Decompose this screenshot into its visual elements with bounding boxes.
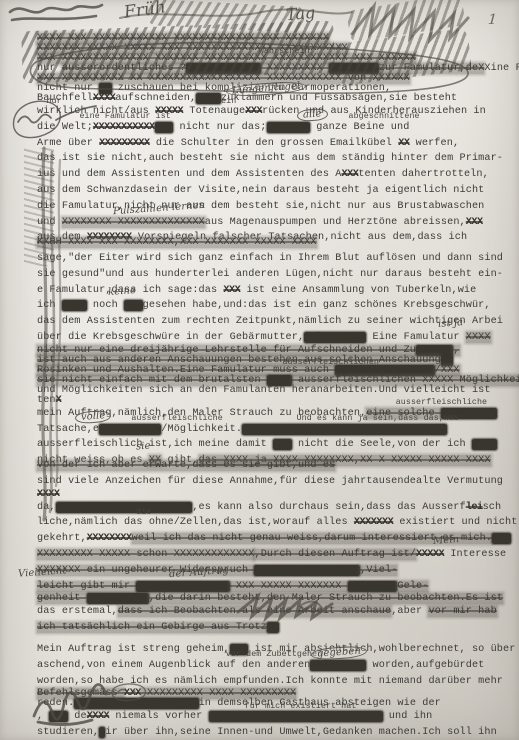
typed-segment: nicht nur das; (173, 122, 266, 133)
typescript-body: XXXX XXX XXXXXXXXXXXX XXXXXXXXXXXXX XXX … (37, 34, 509, 740)
typed-segment: ius und dem Assistenten und dem Assisten… (37, 169, 341, 180)
typed-segment: , (37, 711, 49, 722)
handwritten-scrawl-word: Früh (123, 0, 167, 23)
typescript-line: da,XXXX XXXX XXX XXXXXXXX,es kann also d… (37, 500, 509, 516)
struck-segment: XXXX (472, 439, 497, 450)
typed-segment: Totenauge (183, 106, 245, 117)
typed-segment: ist eine Ansammlung von Tuberkeln,wie (240, 285, 476, 296)
typed-segment: sind viele Anzeichen für diese Annahme,f… (37, 476, 503, 487)
struck-segment: XXX (155, 122, 174, 133)
struck-segment: XXXXXXXXXX (99, 424, 161, 435)
handwritten-scrawl-word: Tag (285, 3, 316, 24)
typed-segment: die Famulatur,nicht nur aus dem besteht … (37, 201, 484, 212)
struck-segment: XXX XXXXX XXXXXXX (230, 581, 348, 592)
interlinear-typed-insert: für mich existiert hat (245, 702, 357, 711)
pencil-hatch-top-center (147, 0, 304, 33)
typed-segment: sage,"der Eiter wird sich ganz einfach i… (37, 253, 503, 264)
struck-segment: XXXXX XXXXXXXXXXXXXX (74, 698, 198, 709)
typescript-line: ich tatsächlich ein Gebirge aus TrotzXX (37, 620, 509, 636)
struck-segment: KXHH XXXX XXX XXXXXXXX,XXX XXXXXXX XXXXX… (37, 237, 317, 248)
struck-segment: XXXXXXXXXXXXXXX (136, 581, 229, 592)
struck-segment: XXX (492, 533, 511, 544)
interlinear-typed-insert: vor dem Zubettgehen (226, 650, 323, 659)
typed-segment: und Möglichkeiten sich an den Famulanten… (37, 385, 491, 396)
interlinear-typed-insert: wahrschein (259, 47, 310, 56)
typed-segment: nicht die Seele,von der ich (292, 439, 472, 450)
typed-segment: das dem Assistenten zum rechten Zeitpunk… (37, 316, 503, 327)
typed-segment: gesehen habe,und:das ist ein ganz schöne… (143, 300, 491, 311)
typescript-line: XXXXXXXXX XXXXX schon XXXXXXXXXXXXX,Durc… (37, 547, 509, 563)
struck-segment: XXXXXXXXXXX (93, 122, 155, 133)
typed-segment: und ihn (383, 711, 433, 722)
typed-segment: sie gesund"und aus hunderterlei anderen … (37, 269, 503, 280)
struck-segment: XXXX (87, 711, 109, 722)
struck-segment: XXX (245, 106, 262, 117)
typed-segment: sch (483, 502, 502, 513)
typed-segment: ,aber (391, 606, 428, 617)
struck-segment: XXXXXXXXXXXXXXXXX (254, 565, 360, 576)
struck-segment: XXXXXXXXX (99, 138, 150, 149)
typed-segment: Arme über (37, 138, 99, 149)
typescript-line: ius und dem Assistenten und dem Assisten… (37, 167, 509, 183)
typescript-line: von der ich aber erwarte,dass es sie gib… (37, 458, 509, 474)
typescript-line: ausserfleischlich ist,ich meine damit XX… (37, 437, 509, 453)
typescript-line: genheit XXXX XXXXX,die darin besteht,den… (37, 594, 509, 604)
struck-segment: XXXX (37, 489, 59, 500)
typescript-line: über die Krebsgeschwüre in der Gebärmutt… (37, 330, 509, 346)
typed-segment: ,es kann also durchaus sein,dass das Aus… (192, 502, 465, 513)
struck-segment: XXXX XXXXX (87, 593, 149, 604)
typed-segment: Tatsache,e (37, 424, 99, 435)
interlinear-typed-insert: ein (221, 97, 236, 106)
typed-segment: gekehrt, (37, 533, 87, 544)
struck-segment: ,die darin besteht,den Maler Strauch zu … (149, 593, 503, 604)
typescript-line: Tatsache,eXXXXXXXXXX/Möglichkeit.XX XXXX… (37, 422, 509, 438)
struck-segment: XXX (49, 711, 68, 722)
typescript-line: das erstemal,dass ich Beobachten als ein… (37, 604, 509, 620)
struck-segment: ich tatsächlich ein Gebirge aus Trotz (37, 622, 267, 633)
typescript-line: worden,so habe ich es nämlich empfunden.… (37, 674, 509, 690)
typescript-line: BauchfellXXXXaufschneiden,XXXXzuklammern… (37, 94, 509, 104)
struck-segment: XXXX (62, 300, 87, 311)
typed-segment: die Welt; (37, 122, 93, 133)
interlinear-typed-insert: eine Famulatur ist (79, 112, 170, 121)
struck-segment: XXXX (466, 332, 491, 343)
typescript-line: das ist sie nicht,auch besteht sie nicht… (37, 151, 509, 167)
struck-segment: XXXX (93, 93, 115, 104)
typescript-line: Arme über XXXXXXXXX die Schulter in den … (37, 136, 509, 152)
struck-segment: von der ich aber erwarte,dass es sie gib… (37, 460, 335, 471)
typed-segment: /Möglichkeit. (161, 424, 242, 435)
typed-segment: und (37, 217, 62, 228)
handwritten-insert: ist ja (438, 318, 464, 329)
struck-segment: XXkommtXXX (304, 332, 366, 343)
typed-segment: ich (37, 300, 62, 311)
handwritten-insert: alle (296, 108, 327, 122)
typescript-line: sie gesund"und aus hunderterlei anderen … (37, 267, 509, 283)
struck-segment: vor mir hab (428, 606, 496, 617)
struck-segment: XXXXX (416, 549, 444, 560)
struck-segment: XX (398, 138, 409, 149)
typed-segment: ir über ihn,seine Innen-und Umwelt,Gedan… (105, 727, 496, 738)
struck-segment: XXXXXXXXX XXXXX XXXXXXX XXXX (209, 711, 383, 722)
typed-segment: Bauchfell (37, 93, 93, 104)
typed-segment: über die Krebsgeschwüre in der Gebärmutt… (37, 332, 304, 343)
typed-segment: aus Magenauspumpen und Herztöne abreisse… (205, 217, 466, 228)
struck-segment: XXXXXXXX XXXXXXXXXXXXXX (62, 217, 205, 228)
struck-segment: XXXXXXX (267, 122, 311, 133)
struck-segment: leicht gibt mir (37, 581, 136, 592)
interlinear-typed-insert: abgeschnittene (349, 112, 420, 121)
struck-segment: XXX (124, 300, 143, 311)
typed-segment: das ist sie nicht,auch besteht sie nicht… (37, 153, 503, 164)
interlinear-typed-insert: nur (46, 97, 61, 106)
interlinear-typed-insert: ausserfleischliche (396, 398, 487, 407)
typescript-line: leicht gibt mir XXXXXXXXXXXXXXX XXX XXXX… (37, 579, 509, 595)
typescript-line: XXXXXXX ein ungeheurer Widerspruch XXXXX… (37, 563, 509, 579)
typed-segment: ausserfleischlich ist,ich meine damit (37, 439, 273, 450)
typed-segment: aus dem Schwanzdasein der Visite,nein da… (37, 185, 484, 196)
typed-segment: niemals vorher (109, 711, 208, 722)
handwritten-insert: keine (108, 286, 137, 297)
typed-segment: studieren, (37, 727, 99, 738)
typed-segment: aschend,von einem Augenblick auf den and… (37, 660, 310, 671)
typed-segment: das erstemal, (37, 606, 118, 617)
typescript-line: die Famulatur,nicht nur aus dem besteht … (37, 199, 509, 215)
struck-segment: lei (466, 502, 483, 513)
typed-segment: Xine Famula (484, 63, 519, 74)
typescript-line: und XXXXXXXX XXXXXXXXXXXXXXaus Magenausp… (37, 215, 509, 231)
typescript-line: XXXX (37, 490, 509, 500)
struck-segment: XXX (273, 439, 292, 450)
struck-segment: XXXXXXX (354, 517, 393, 528)
struck-segment: XXX (341, 169, 358, 180)
typescript-line: liche,nämlich das ohne/Zellen,das ist,wo… (37, 515, 509, 531)
typed-segment: tenten dahertrotteln, (358, 169, 488, 180)
struck-segment: XXXXXXXX (87, 533, 132, 544)
handwritten-insert: sie (136, 442, 151, 452)
struck-segment: dass ich Beobachten als eine Arbeit ansc… (118, 606, 391, 617)
typed-segment: ten (37, 395, 56, 406)
struck-segment: genheit (37, 593, 87, 604)
typed-segment: liche,nämlich das ohne/Zellen,das ist,wo… (37, 517, 354, 528)
interlinear-typed-insert: ausserfleischlichen (282, 358, 379, 367)
typed-segment: Mein Auftrag ist streng geheim, (37, 644, 230, 655)
typed-segment: da, (37, 502, 56, 513)
typed-segment: die Schulter in den grossen Emailkübel (150, 138, 399, 149)
typescript-line: sind viele Anzeichen für diese Annahme,f… (37, 474, 509, 490)
struck-segment: XXXXXXXXX XXXXX schon XXXXXXXXXXXXX (37, 549, 254, 560)
struck-segment: XXX (466, 217, 483, 228)
typed-segment: de (68, 711, 87, 722)
struck-segment: ,Viel- (360, 565, 397, 576)
typed-segment: existiert und nicht um- (393, 517, 519, 528)
manuscript-page: 1 XXXX XXX XXXXXXXXXXXX XXXXXXXXXXXXX XX… (0, 0, 519, 740)
typescript-line: studieren,Xir über ihn,seine Innen-und U… (37, 725, 509, 740)
typed-segment: Eine Famulatur (366, 332, 465, 343)
interlinear-typed-insert: die (136, 508, 151, 517)
handwritten-insert: Vielleicht (18, 566, 67, 578)
typed-segment: Interesse (444, 549, 506, 560)
typescript-line: , XXX deXXXX niemals vorher XXXXXXXXX XX… (37, 709, 509, 725)
struck-segment: Gele- (397, 581, 428, 592)
handwritten-insert: Mein (433, 535, 460, 546)
typed-segment: noch (87, 300, 124, 311)
handwritten-insert: volle (74, 409, 111, 424)
typed-segment: aufschneiden, (115, 93, 196, 104)
struck-segment: XXXXXXXXX (310, 660, 366, 671)
scribble-top-left-corner (10, 5, 102, 20)
interlinear-typed-insert: Und es kann ja sein,dass das,was (297, 414, 460, 423)
typed-segment: worden,aufgebürdet (366, 660, 484, 671)
page-number: 1 (488, 12, 498, 29)
typescript-line: aschend,von einem Augenblick auf den and… (37, 658, 509, 674)
typescript-line: KXHH XXXX XXX XXXXXXXX,XXX XXXXXXX XXXXX… (37, 235, 509, 251)
struck-segment: XX (267, 622, 279, 633)
typed-segment: worden,so habe ich es nämlich empfunden.… (37, 676, 503, 687)
typescript-line: aus dem Schwanzdasein der Visite,nein da… (37, 183, 509, 199)
typescript-line: und Möglichkeiten sich an den Famulanten… (37, 386, 509, 396)
struck-segment: XXXX XXXX XXX XXXXXXXX (56, 502, 193, 513)
typescript-line: ich XXXX noch XXXgesehen habe,und:das is… (37, 298, 509, 314)
struck-segment: ,Durch diesen Auftrag ist/ (254, 549, 416, 560)
struck-segment: X (56, 395, 62, 406)
struck-segment: XXXX (196, 93, 221, 104)
typescript-line: die Welt;XXXXXXXXXXXXXX nicht nur das;XX… (37, 120, 509, 136)
typescript-line: sage,"der Eiter wird sich ganz einfach i… (37, 251, 509, 267)
typed-segment: ganze Beine und (310, 122, 409, 133)
struck-segment: XXX (223, 285, 240, 296)
struck-segment: XX XXXXX XXX XXX XXXXXXX XXX XXXX (242, 424, 447, 435)
struck-segment: , (453, 345, 459, 356)
typed-segment: werfen, (409, 138, 459, 149)
typed-segment: reden. (37, 698, 74, 709)
struck-segment: XXXXXXXX (348, 581, 398, 592)
interlinear-typed-insert: ausserfleischliche (131, 414, 222, 423)
